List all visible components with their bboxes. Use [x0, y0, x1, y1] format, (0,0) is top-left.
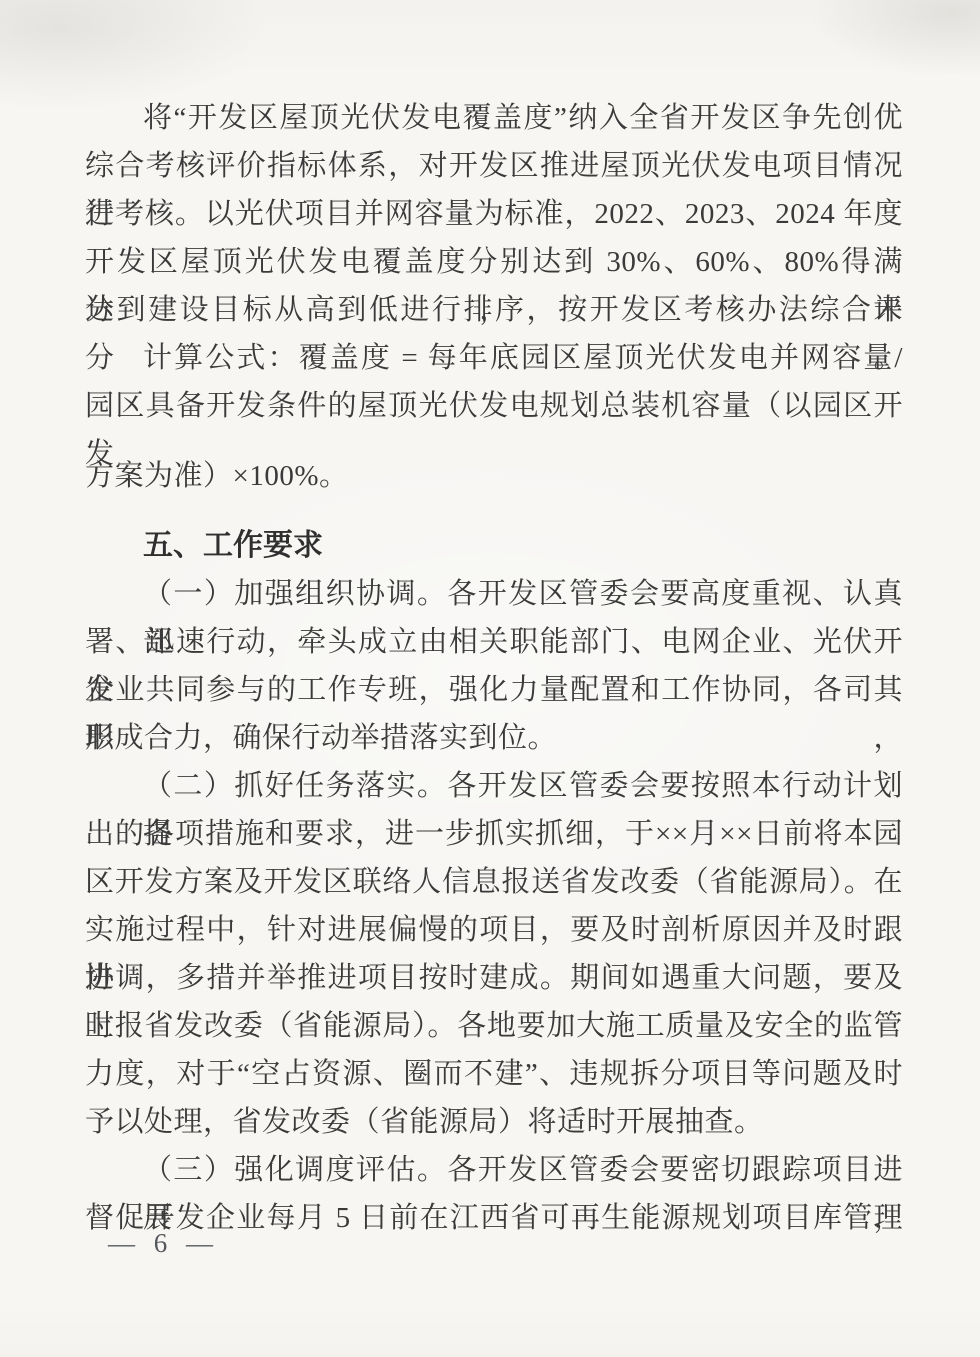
text-line: 予以处理，省发改委（省能源局）将适时开展抽查。	[85, 1098, 903, 1146]
text-line: 计算公式：覆盖度 = 每年底园区屋顶光伏发电并网容量/	[85, 334, 903, 382]
text-line: 出的各项措施和要求，进一步抓实抓细，于××月××日前将本园	[85, 810, 903, 858]
text-line: 达到建设目标从高到低进行排序，按开发区考核办法综合评分。	[85, 286, 903, 334]
text-line: （三）强化调度评估。各开发区管委会要密切跟踪项目进展，	[85, 1146, 903, 1194]
text-line: 协调，多措并举推进项目按时建成。期间如遇重大问题，要及时	[85, 954, 903, 1002]
paragraph-formula: 计算公式：覆盖度 = 每年底园区屋顶光伏发电并网容量/ 园区具备开发条件的屋顶光…	[85, 334, 903, 500]
text-line: 行考核。以光伏项目并网容量为标准，2022、2023、2024 年度	[85, 190, 903, 238]
text-line: 企业共同参与的工作专班，强化力量配置和工作协同，各司其职，	[85, 666, 903, 714]
text-line: （一）加强组织协调。各开发区管委会要高度重视、认真部	[85, 570, 903, 618]
text-line: 开发区屋顶光伏发电覆盖度分别达到 30%、60%、80%得满分，未	[85, 238, 903, 286]
text-line: 园区具备开发条件的屋顶光伏发电规划总装机容量（以园区开发	[85, 382, 903, 430]
text-line: 力度，对于“空占资源、圈而不建”、违规拆分项目等问题及时	[85, 1050, 903, 1098]
paragraph-item-one: （一）加强组织协调。各开发区管委会要高度重视、认真部 署、迅速行动，牵头成立由相…	[85, 570, 903, 762]
paragraph-item-two: （二）抓好任务落实。各开发区管委会要按照本行动计划提 出的各项措施和要求，进一步…	[85, 762, 903, 1146]
document-text-block: 将“开发区屋顶光伏发电覆盖度”纳入全省开发区争先创优 综合考核评价指标体系，对开…	[85, 94, 903, 1242]
text-line: 综合考核评价指标体系，对开发区推进屋顶光伏发电项目情况进	[85, 142, 903, 190]
text-line: 将“开发区屋顶光伏发电覆盖度”纳入全省开发区争先创优	[85, 94, 903, 142]
scanned-document-page: { "colors": { "paper": "#f7f6f3", "ink":…	[0, 0, 980, 1357]
text-line: （二）抓好任务落实。各开发区管委会要按照本行动计划提	[85, 762, 903, 810]
text-line: 方案为准）×100%。	[85, 452, 903, 500]
page-number: — 6 —	[108, 1228, 219, 1258]
section-heading-work-requirements: 五、工作要求	[85, 522, 903, 570]
text-line: 实施过程中，针对进展偏慢的项目，要及时剖析原因并及时跟进	[85, 906, 903, 954]
paragraph-assessment: 将“开发区屋顶光伏发电覆盖度”纳入全省开发区争先创优 综合考核评价指标体系，对开…	[85, 94, 903, 334]
text-line: 区开发方案及开发区联络人信息报送省发改委（省能源局）。在	[85, 858, 903, 906]
text-line: 署、迅速行动，牵头成立由相关职能部门、电网企业、光伏开发	[85, 618, 903, 666]
text-line: 上报省发改委（省能源局）。各地要加大施工质量及安全的监管	[85, 1002, 903, 1050]
